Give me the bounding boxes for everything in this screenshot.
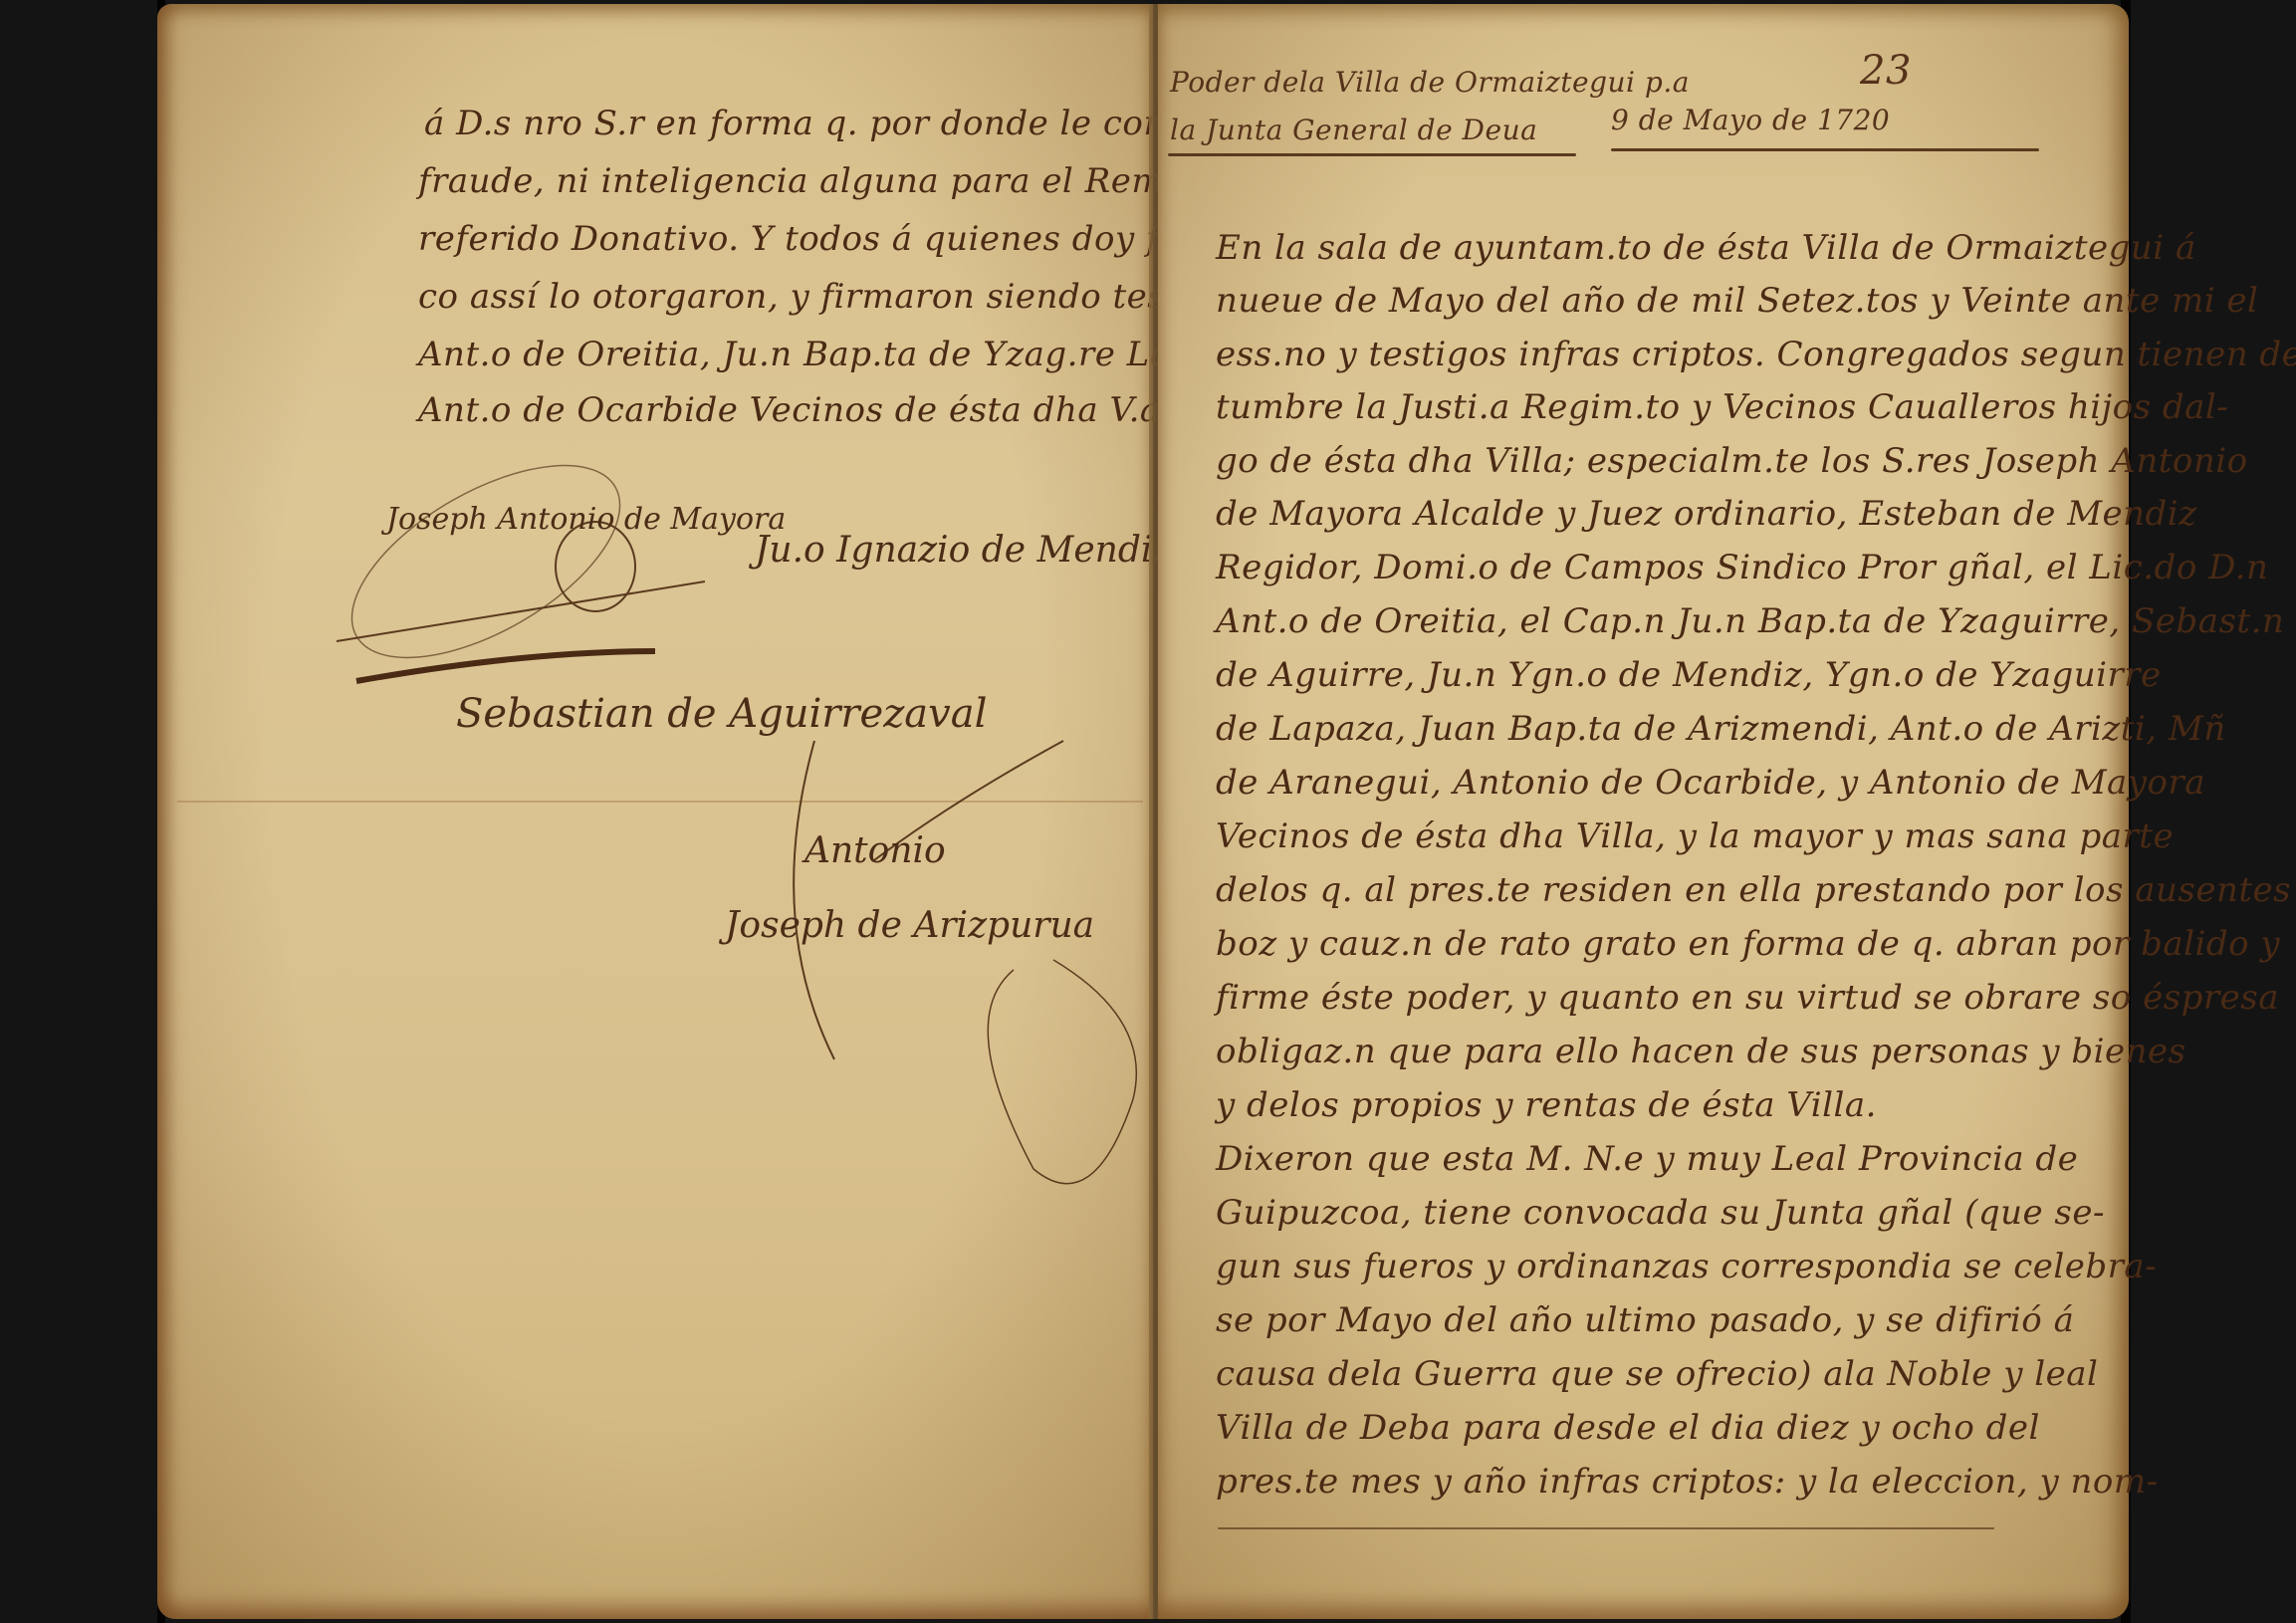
document-title: la Junta General de Deua: [1170, 114, 1537, 146]
text-line: Ant.o de Ocarbide Vecinos de ésta dha V.…: [418, 390, 1161, 430]
text-line: de Aguirre, Ju.n Ygn.o de Mendiz, Ygn.o …: [1216, 655, 2162, 695]
signature-mayora: Joseph Antonio de Mayora: [386, 502, 786, 537]
text-line: de Lapaza, Juan Bap.ta de Arizmendi, Ant…: [1216, 709, 2226, 749]
signature-antonio: Antonio: [804, 830, 946, 871]
signature-mendiz: Ju.o Ignazio de Mendiz: [755, 530, 1171, 571]
text-line: pres.te mes y año infras criptos: y la e…: [1216, 1462, 2159, 1502]
text-line: de Aranegui, Antonio de Ocarbide, y Anto…: [1216, 763, 2205, 803]
text-line: firme éste poder, y quanto en su virtud …: [1216, 978, 2279, 1018]
signature-aguirrezaval: Sebastian de Aguirrezaval: [456, 691, 987, 737]
text-line: ess.no y testigos infras criptos. Congre…: [1216, 335, 2296, 374]
text-line: Villa de Deba para desde el dia diez y o…: [1216, 1408, 2040, 1448]
text-line: Vecinos de ésta dha Villa, y la mayor y …: [1216, 816, 2174, 856]
text-line: delos q. al pres.te residen en ella pres…: [1216, 870, 2291, 910]
text-line: causa dela Guerra que se ofrecio) ala No…: [1216, 1354, 2098, 1394]
text-line: fraude, ni inteligencia alguna para el R…: [418, 161, 1220, 201]
paper-fold: [177, 801, 1143, 803]
text-line: de Mayora Alcalde y Juez ordinario, Este…: [1216, 494, 2197, 534]
folio-number: 23: [1860, 48, 1912, 94]
text-line: obligaz.n que para ello hacen de sus per…: [1216, 1032, 2186, 1071]
text-line: gun sus fueros y ordinanzas correspondia…: [1216, 1247, 2157, 1286]
text-line: Guipuzcoa, tiene convocada su Junta gñal…: [1216, 1193, 2105, 1233]
text-line: co assí lo otorgaron, y firmaron siendo …: [418, 277, 1268, 317]
text-line: Regidor, Domi.o de Campos Sindico Pror g…: [1216, 548, 2268, 587]
manuscript-spread: á D.s nro S.r en forma q. por donde le c…: [157, 4, 2129, 1619]
left-page: á D.s nro S.r en forma q. por donde le c…: [157, 4, 1153, 1619]
title-rule: [1168, 153, 1576, 156]
signature-flourish: [327, 412, 844, 731]
date-rule: [1611, 148, 2039, 151]
document-title: Poder dela Villa de Ormaiztegui p.a: [1170, 66, 1690, 99]
text-line: go de ésta dha Villa; especialm.te los S…: [1216, 441, 2248, 481]
text-line: nueue de Mayo del año de mil Setez.tos y…: [1216, 281, 2258, 321]
right-page: Poder dela Villa de Ormaiztegui p.a la J…: [1158, 4, 2129, 1619]
text-line: referido Donativo. Y todos á quienes doy…: [418, 219, 1274, 259]
document-date: 9 de Mayo de 1720: [1611, 104, 1890, 136]
text-line: En la sala de ayuntam.to de ésta Villa d…: [1216, 228, 2196, 268]
text-line: y delos propios y rentas de ésta Villa.: [1216, 1085, 1877, 1125]
text-line: se por Mayo del año ultimo pasado, y se …: [1216, 1300, 2074, 1340]
text-line: Ant.o de Oreitia, el Cap.n Ju.n Bap.ta d…: [1216, 601, 2284, 641]
signature-arizpurua: Joseph de Arizpurua: [725, 905, 1094, 946]
text-line: tumbre la Justi.a Regim.to y Vecinos Cau…: [1216, 387, 2228, 427]
closing-rule: [1218, 1527, 1994, 1529]
text-line: boz y cauz.n de rato grato en forma de q…: [1216, 924, 2280, 964]
signature-flourish: [755, 721, 1193, 1239]
text-line: Dixeron que esta M. N.e y muy Leal Provi…: [1216, 1139, 2078, 1179]
